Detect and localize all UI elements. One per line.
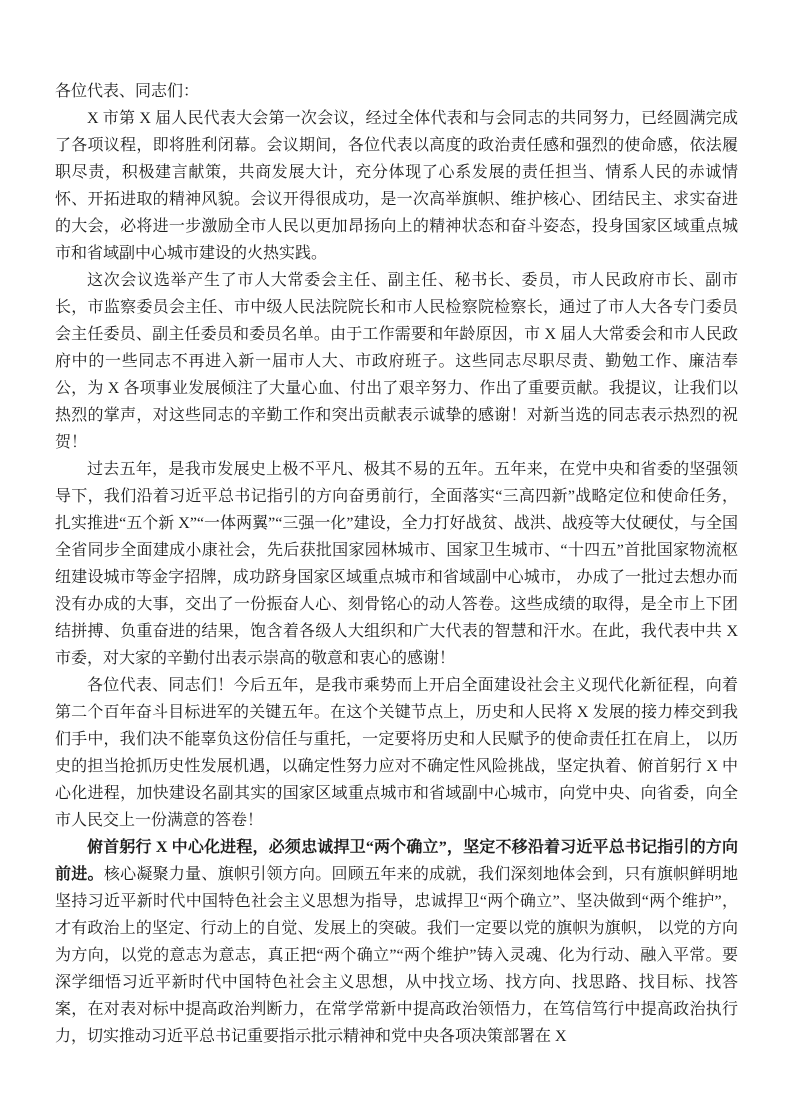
paragraph-meeting-summary: X 市第 X 届人民代表大会第一次会议，经过全体代表和与会同志的共同努力，已经圆… [55,105,738,267]
paragraph-next-five-years: 各位代表、同志们！今后五年，是我市乘势而上开启全面建设社会主义现代化新征程，向着… [55,672,738,834]
document-page: 各位代表、同志们： X 市第 X 届人民代表大会第一次会议，经过全体代表和与会同… [0,0,790,1119]
closing-paragraph-body: 核心凝聚力量、旗帜引领方向。回顾五年来的成就，我们深刻地体会到，只有旗帜鲜明地坚… [55,866,738,1045]
paragraph-election-results: 这次会议选举产生了市人大常委会主任、副主任、秘书长、委员，市人民政府市长、副市长… [55,267,738,456]
paragraph-past-five-years: 过去五年，是我市发展史上极不平凡、极其不易的五年。五年来，在党中央和省委的坚强领… [55,456,738,672]
paragraph-closing: 俯首躬行 X 中心化进程，必须忠诚捍卫“两个确立”，坚定不移沿着习近平总书记指引… [55,834,738,1050]
salutation-line: 各位代表、同志们： [55,78,738,105]
